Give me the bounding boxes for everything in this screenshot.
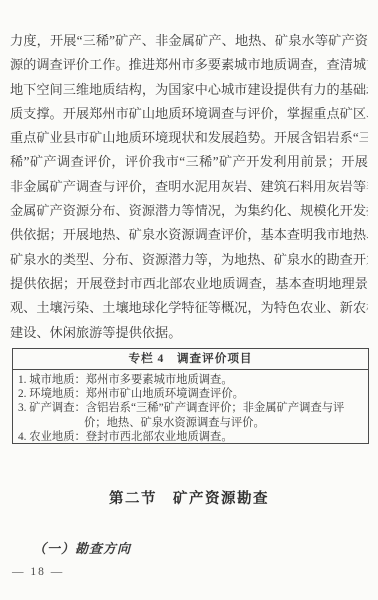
panel-body: 1. 城市地质：郑州市多要素城市地质调查。 2. 环境地质：郑州市矿山地质环境调… (13, 370, 368, 444)
panel-item-city-geology: 1. 城市地质：郑州市多要素城市地质调查。 (18, 373, 364, 387)
paragraph-line: 矿泉水的类型、分布、资源潜力等，为地热、矿泉水的勘查开发 (10, 248, 368, 272)
panel-box: 专栏 4 调查评价项目 1. 城市地质：郑州市多要素城市地质调查。 2. 环境地… (12, 348, 369, 444)
panel-item-agriculture-geology: 4. 农业地质：登封市西北部农业地质调查。 (18, 430, 364, 444)
panel-item-environment-geology: 2. 环境地质：郑州市矿山地质环境调查评价。 (18, 387, 364, 401)
paragraph-line: 提供依据；开展登封市西北部农业地质调查，基本查明地理景 (10, 272, 368, 296)
panel-item-mineral-survey-continuation: 价；地热、矿泉水资源调查与评价。 (18, 416, 364, 430)
paragraph-line: 源的调查评价工作。推进郑州市多要素城市地质调查，查清城市 (10, 53, 368, 77)
panel-title: 专栏 4 调查评价项目 (13, 349, 368, 370)
paragraph-line: 稀”矿产调查评价，评价我市“三稀”矿产开发利用前景；开展 (10, 150, 368, 174)
body-paragraph: 力度，开展“三稀”矿产、非金属矿产、地热、矿泉水等矿产资 源的调查评价工作。推进… (10, 29, 368, 345)
panel-item-mineral-survey: 3. 矿产调查：含铝岩系“三稀”矿产调查评价；非金属矿产调查与评 (18, 401, 364, 415)
paragraph-line: 力度，开展“三稀”矿产、非金属矿产、地热、矿泉水等矿产资 (10, 29, 368, 53)
document-page: 力度，开展“三稀”矿产、非金属矿产、地热、矿泉水等矿产资 源的调查评价工作。推进… (0, 0, 378, 600)
paragraph-line: 重点矿业县市矿山地质环境现状和发展趋势。开展含铝岩系“三 (10, 126, 368, 150)
subsection-title: （一）勘查方向 (33, 538, 131, 557)
paragraph-line: 观、土壤污染、土壤地球化学特征等概况，为特色农业、新农村 (10, 296, 368, 320)
paragraph-line: 地下空间三维地质结构，为国家中心城市建设提供有力的基础地 (10, 78, 368, 102)
paragraph-line: 质支撑。开展郑州市矿山地质环境调查与评价，掌握重点矿区、 (10, 102, 368, 126)
section-title: 第二节 矿产资源勘查 (0, 487, 378, 508)
page-number: — 18 — (12, 566, 64, 578)
paragraph-line: 非金属矿产调查与评价，查明水泥用灰岩、建筑石料用灰岩等非 (10, 175, 368, 199)
paragraph-line: 金属矿产资源分布、资源潜力等情况，为集约化、规模化开发提 (10, 199, 368, 223)
paragraph-line: 供依据；开展地热、矿泉水资源调查评价，基本查明我市地热、 (10, 223, 368, 247)
paragraph-line: 建设、休闲旅游等提供依据。 (10, 321, 368, 345)
